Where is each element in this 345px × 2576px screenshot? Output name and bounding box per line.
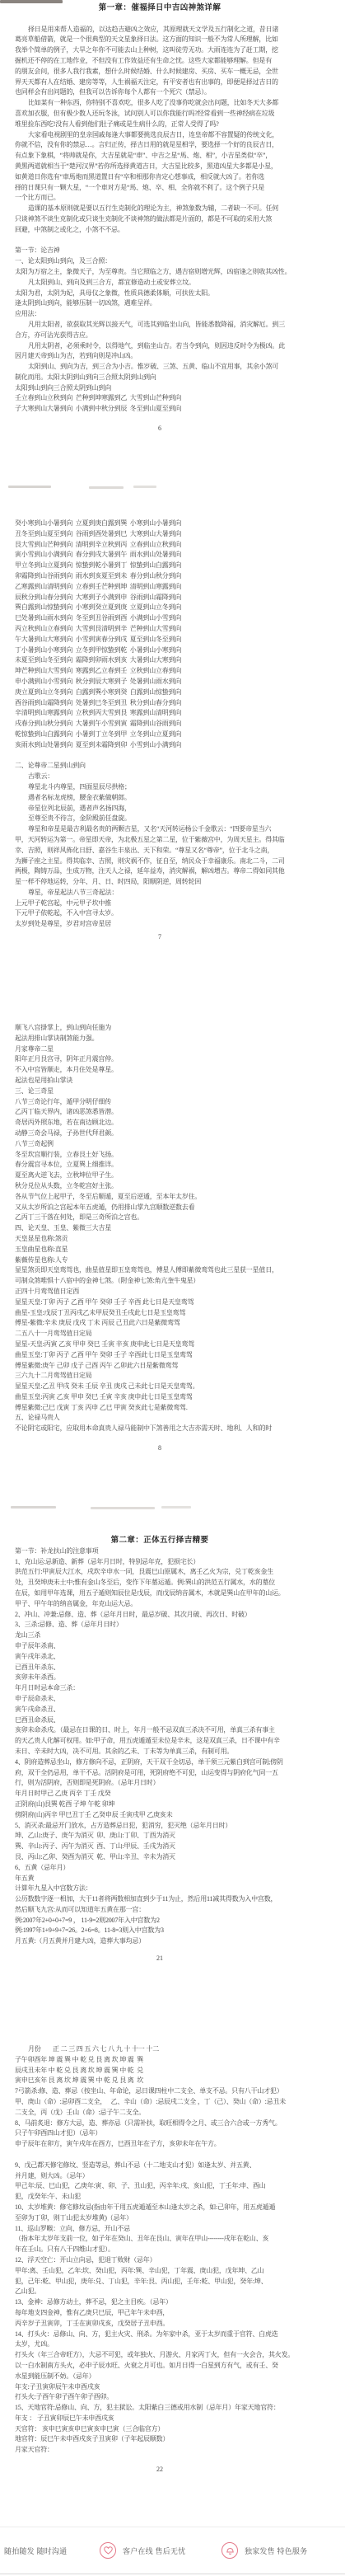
text-line: 年在壬山。只有八干四维山才犯）。 (15, 2245, 305, 2255)
text-line: 午大暑到山大寒到向 小雪到寅春分到戌 夏至到山冬至到向 (15, 635, 305, 645)
text-line: 如黄道日你选有“車馬炮而黑道置日有“卒和相那你肯定心想事成，相反就大凶了。若你选 (15, 172, 305, 183)
text-line: 遇者名标龙虎榜，腰金衣紫做朝郎。 (15, 793, 305, 804)
page-number: 6 (15, 425, 305, 432)
text-line: 凡太阳到山、到向及到三合方，都宜修造动土或安葬立坟。 (15, 278, 305, 289)
scan-page-1: 第一章：催福择日中吉凶神煞详解 择日是用来帮人造福的，以达趋吉避凶之效应，其原理… (15, 3, 305, 415)
text-line: 葛亮草船借箭，就是一个很典型的天文星象择日法。这方面的知识一般不为常人所理解，比… (15, 35, 305, 45)
text-line: 比如某有一种东西，你特别不喜欢吃，很多人吃了没事你吃就会出问题，比如冬天大多都 (15, 98, 305, 109)
text-line: 寅申巳亥年 艮 离 坎 坤 震 巽 中 乾 兑 艮 离 坎 (15, 2076, 305, 2086)
text-line: 我举个简单的例子，大旱之年你不可能去山上种树，这叫徒劳无功。大雨连连为了赶工期，… (15, 45, 305, 56)
text-line: 坤、乙山:庚子、庚午为消灭 卯、庚山:丁卯、丁酉为消灭 (15, 1831, 305, 1842)
text-line: 乾惊蛰到山白露到向 小暑到丁立冬到甲 立冬到山立夏到向 (15, 730, 305, 740)
text-line: 巽、辛山:丙子、丙午为消灭 酉、丁山:甲辰、壬戌为消灭 (15, 1842, 305, 1852)
text-line: 奇居丙外照东地，若在南边顾北边。 (15, 1118, 305, 1128)
text-line: 年支:子丑寅卯辰午未申酉戌亥 (15, 2382, 305, 2393)
text-line: 天官符： 亥申巳寅亥申巳寅亥申巳寅（三合临官方） (15, 2424, 305, 2435)
text-line: 然后顺飞九宫:从而可以知道年五黄在那一宫： (15, 1905, 305, 1916)
text-line: 9、戊己都天修宅修坟、竖造等忌，葬山不忌（十二地支山才犯）如逢太岁、并五黄、 (15, 2161, 305, 2171)
text-line: 玉皇曲星也称:直星 (15, 1245, 305, 1255)
page-number: 22 (15, 2466, 305, 2473)
text-line: 曲星-玉皇:戊辰丁丑丙戌乙未甲辰癸丑壬戌此七日是玉皇鸾驾 (15, 1308, 305, 1319)
text-line: 在辰，如用甲年选课，用五子遁则知辰位是戊辰，而戊辰纳音属木，木就是巽山在甲年的山… (15, 1588, 305, 1599)
text-line: 甲己年:辰、巳山犯，乙庚年:寅、卯、子、丑山犯，丙辛年:戌、亥山犯，丁壬年:申、… (15, 2181, 305, 2192)
text-line: 龙山三杀 (15, 1631, 305, 1641)
text-line: 月份 正 二 三 四 五 六 七 八 九 十 十一 十二 (15, 2044, 305, 2055)
scan-artifact (91, 1507, 155, 1509)
text-line: 计算年九星入中宫数方法： (15, 1884, 305, 1894)
bell-icon (221, 2542, 238, 2559)
text-line: 至尊至贵不待言，金阶殿前任盘旋。 (15, 814, 305, 824)
text-line: 丁小暑到山小寒到向 立冬到甲惊蛰到乾 小暑到山小寒到向 (15, 645, 305, 656)
text-line: 显星天皇:乙丑 甲戌 癸未 壬辰 辛丑 庚戌 己未此七日是天皇鸾驾。 (15, 1382, 305, 1392)
text-line: 艮大雪到山芒种到向 清明到辛立秋到丙 立春到山立秋到向 (15, 540, 305, 551)
text-line: 八节三奇起例 (15, 1139, 305, 1150)
text-line: 尊星，帝星起法八节三奇起法： (15, 888, 305, 899)
text-line: 巳处暑到山雨水到向 冬至到丑谷雨到酉 小满到山小雪到向 (15, 613, 305, 624)
text-line: 三六九十二月鸾驾值日定局 (15, 1371, 305, 1382)
text-line: 已酉丑年杀东、 (15, 1663, 305, 1673)
text-line: 巽白露到山惊蛰到向 小寒到癸立夏到庚 立夏到山立冬到向 (15, 603, 305, 613)
text-line: 至卯为丁卯，则丁山犯太岁堆黄)（忌年） (15, 2213, 305, 2224)
service-item-support: 客户在线 售后无忧 (100, 2527, 185, 2574)
text-line: 凡用太阴者，必须乘时令，以得地气，到临坐山吉。若当令到向，则因违反时令为极凶。此 (15, 341, 305, 352)
text-line: 12、浮天空亡：开山立向忌，犯退丁败财（忌年） (15, 2255, 305, 2266)
text-line: 年月日时忌本命三杀： (15, 1683, 305, 1694)
text-line: 年月日时甲己 乙庚 丙辛 丁壬 戊癸 (15, 1789, 305, 1799)
text-line: 喜欢加衣服，但有极少数人还玩冬泳，试问别人可以你我能行吗?经常看到一些神经病在垃… (15, 109, 305, 120)
scan-artifact (89, 486, 124, 489)
chapter-title: 第一章：催福择日中吉凶神煞详解 (15, 3, 305, 14)
text-line: 壬立春到山立秋到向 芒种到坤寒露到乙 大雪到山芒种到向 (15, 393, 305, 404)
text-line: 因月建天帝到山为吉，若到向则是冲山凶。 (15, 351, 305, 362)
text-line: 太岁到处是尊星，岁君对宫帝星居 (15, 919, 305, 930)
text-line: 甲立冬到山立夏到向 惊蛰到乾小暑到丁 惊蛰到山白露到向 (15, 561, 305, 571)
text-line: 掘机还不停的在工地作业，不但没有工作效益还有生命之忧。这些大家都能够理解。但是有 (15, 56, 305, 67)
text-line: 艮、丙山:乙卯、癸酉为消灭 乾、甲山:辛丑、辛未为消灭 (15, 1852, 305, 1863)
text-line: 月家天官符： (15, 2445, 305, 2456)
text-line: 二五八十一月鸾驾值日定局 (15, 1329, 305, 1340)
text-line (15, 2150, 305, 2161)
text-line: 行，则为活阴府，否则即是死阴府。（忌年月日时） (15, 1778, 305, 1789)
text-line: 7弓箭杀:修、造、葬忌（按坐山、年命论，忌日课四柱中二支全、单支不忌。只有八干山… (15, 2086, 305, 2097)
text-line: 三、论三奇星 (15, 1086, 305, 1097)
text-line: 亥雨水到山处暑到向 夏至到未霜降到卯 小雪到山小满到向 (15, 740, 305, 751)
text-line (15, 14, 305, 25)
text-line: 子午卯酉年 坤 震 巽 中 乾 兑 艮 离 坎 坤 震 巽 (15, 2055, 305, 2066)
scan-page-4: 第二章：正体五行择吉精要第一节：补龙扶山的注意事项1、克山运:忌新造、新葬（忌年… (15, 1536, 305, 1947)
text-line: 未夏至到山冬至到向 霜降到卯雨水到亥 大暑到山大寒到向 (15, 655, 305, 666)
text-line: 只谈神煞不谈生克制化或只谈生克制化不谈神煞的做法都是片面的，都是不可取的采用大煞 (15, 214, 305, 225)
text-line: 有点象下象棋，“将帅就是你，大吉星就是“車”、中吉之星“馬、炮、相”，小吉星类似… (15, 151, 305, 162)
text-line: 傅星-紫微:辛未 庚辰 戊戌 丁未 丙辰 己丑此六日是紫微鸾驾 (15, 1318, 305, 1329)
text-line: 的朋友会问，很多人我行我素，想什么时候结婚、什么时候建房、买房、买车一概无忌，全… (15, 67, 305, 77)
text-line: 太阳到山、到向为吉，到三合为小吉。惟岁破、三煞、五黄、临山不宜用事，其余小煞可 (15, 362, 305, 373)
scan-artifact (11, 1506, 56, 1509)
text-line: 月五黄:（月五黄并月建大凶，造葬大事均忌） (15, 1936, 305, 1947)
text-line: 每年地支四金神，惟有乙庚只巳辰，甲己年午未申酉， (15, 2308, 305, 2319)
text-line: 幸、吉照，则祥风佈化日舒、嘉谷生丰泉出、天下和荣。“尊星又名“尊帝”，位于北斗之… (15, 846, 305, 856)
text-line: 正四十月鸾驾值日定西 (15, 1287, 305, 1297)
text-line: 丑冬至到山夏至到向 谷雨到酉处暑到巳 大寒到山大暑到向 (15, 529, 305, 540)
text-line: 第一节：论吉神 (15, 246, 305, 256)
text-line: 并月建，则大凶。（忌年） (15, 2171, 305, 2182)
text-line: 申子辰命杀未、 (15, 1694, 305, 1705)
text-line: 亥卯未命杀戌。（最忌在日课的日、时上，年月一般不忌双真三杀决不可用，单真三杀有事… (15, 1725, 305, 1736)
text-line: 你就不信，没有你的禁忌…。言归正传，择吉日用的就是星相学，要选择一个好的良辰吉日… (15, 140, 305, 151)
text-line: 甲子、甲午年的纳音属金，年克山运大忌。 (15, 1599, 305, 1610)
text-line: 寅小雪到山小满到向 春分到戌大暑到午 雨水到山处暑到向 (15, 550, 305, 561)
text-line: 界天天都有人在结婚、建房等等，人生祸福天注定，有平安者也有出事的，即便是择过吉日… (15, 77, 305, 88)
text-line: 不论阴宅或阳宅，应取用本命真贵人禄马能制中下煞善用之大吉亦需天时、地利、人和的时 (15, 1424, 305, 1434)
scan-page-3: 顺飞八宫掛掌上，到山到向任施为起法用排山掌诀制煞能力强。月家尊帝二星阳年正月艮宫… (15, 1023, 305, 1434)
text-line: 傍阴府(山)丙辛 甲巳丑丁壬 乙癸申辰 壬寅戌甲 乙庚亥未 (15, 1810, 305, 1821)
text-line: 黄黑两道就相当于“楚河汉界”若你所选择黄道吉日，大吉星比较多，黑道凶星大多都是小… (15, 162, 305, 172)
text-line: 下元甲子依乾起，不入中宫寻太岁。 (15, 908, 305, 919)
text-line: 星一样不停地运转，分年、月、日、时四局，阳顺阴逆，周转轮回 (15, 877, 305, 888)
text-line: 辰戌丑未年 中 乾 兑 艮 离 坎 坤 震 巽 中 乾 兑 (15, 2066, 305, 2076)
text-line: 申子辰年在卯方，寅午戌年在酉方，巳酉丑年在子方，亥卯未年在午方。 (15, 2139, 305, 2150)
page-number: 7 (15, 933, 305, 941)
service-label: 独家发售 特色服务 (245, 2546, 307, 2556)
text-line: 一、论太阳到山到向，及三合照： (15, 256, 305, 267)
text-line: 第一节：补龙扶山的注意事项 (15, 1546, 305, 1557)
text-line: 择日是用来帮人造福的，以达趋吉避凶之效应，其原理就天文学及五行制化之道，昔日诸 (15, 25, 305, 35)
text-line: 寅午戌年杀北、 (15, 1652, 305, 1663)
text-line: 太岁，尤凶。 (15, 2339, 305, 2350)
text-line: 6、五黄（忌年月） (15, 1863, 305, 1874)
text-line: 未日、辛未时大凶，决不可用。其余的乙未、丁未等为单真三杀，有制可用。 (15, 1747, 305, 1757)
text-line: 申子辰年杀南、 (15, 1641, 305, 1652)
scan-artifact (8, 486, 51, 488)
text-line: 春分震宫寻本位，立夏巽上细推详。 (15, 1160, 305, 1171)
text-line: 犯，己年:乾、甲山犯，庚年:兑、丁山犯，辛年:艮、丙山犯，壬年:乾、甲山犯，癸年… (15, 2277, 305, 2287)
service-item-exclusive: 独家发售 特色服务 (221, 2527, 307, 2574)
text-line: 坤芒种到山大雪到向 寒露到乙立春到壬 立秋到山立春到向 (15, 666, 305, 677)
text-line: 傅星紫微:己巳 戊寅 丁亥 丙申 乙巳 甲寅 癸亥此七是紫微鸾驾. (15, 1403, 305, 1414)
text-line: 为狮子座之主星。得其临幸、吉照，则灾祸不作，征自至，纳民众于幸福康乐。南北二斗，… (15, 856, 305, 867)
text-line: 辛清明到山寒露到向 立秋到丙大雪到艮 寒露到山清明到向 (15, 708, 305, 719)
text-line: 曲星玉皇:丁卯 丙子 乙酉 甲午 癸卯 壬子 辛酉此七日是玉皇鸾驾 (15, 1350, 305, 1361)
text-line: 起法用排山掌诀制煞能力强。 (15, 1034, 305, 1044)
text-line: 曲星玉皇:丙寅 乙亥 甲申 癸巳 壬寅 辛亥 庚申此七日是玉皇鸾驾 (15, 1392, 305, 1403)
text-line: 只子午卯酉四山才犯）（忌年） (15, 2128, 305, 2139)
text-line: 大家看电视剧里的皇亲国戚每逢大事都要挑选良辰吉日，连皇帝都不容置疑的传统文化， (15, 130, 305, 141)
text-line: 回避，中煞制之或化之，小煞不不忌。 (15, 225, 305, 236)
text-line: 四、论天皇、玉皇、紫微三大吉星 (15, 1223, 305, 1234)
text-line: 子大寒到山大暑到向 小满到中秋分到辰 冬至到山夏至到向 (15, 404, 305, 415)
text-line: 处，丑癸坤庚未土中;惟有金山冬至后，变作下年墓运遁。例:巽山的洪范五行属水，水的… (15, 1578, 305, 1588)
text-line: 阳年正月艮宫寻，阴年正月震宫停。 (15, 1054, 305, 1065)
text-line: 例:2007年2+0+0+7=9 ， 11-9=2则2007年入中宫数为2 (15, 1916, 305, 1926)
text-line: （指本年太岁年支前一位，如子年在癸山、丑年在艮山、寅年在甲山--------戌年… (15, 2234, 305, 2245)
text-line: 戌春分到山秋分到向 大暑到午小雪到寅 霜降到山谷雨到向 (15, 719, 305, 730)
service-label: 随拍随发 随时沟通 (4, 2546, 67, 2556)
text-line: 尊星北斗内尊星，四面星辰尽拱格； (15, 782, 305, 793)
text-line: 寅午戌命杀丑、 (15, 1705, 305, 1715)
text-line: 8、马前炙退：修方大忌，造、葬亦忌（只需补扶，取旺相得令之月、或三合六合或一方秀… (15, 2119, 305, 2129)
text-line: 也同样会有出问题的，但我可以告诉你每个人都有一个死穴（禁忌）。 (15, 87, 305, 98)
text-line: 天皇显星也称:煞贡 (15, 1234, 305, 1245)
text-line: 各从节气位上起甲子，冬至后顺遁，夏至后逆遁，至本年太岁住。 (15, 1192, 305, 1203)
text-line: 亥卯未年杀西。 (15, 1673, 305, 1683)
text-line: 二支全，丙（戊）壬山（命）:忌子午二支全。 (15, 2108, 305, 2119)
text-line: 甲、庚山（命）:忌卯酉二支全， 乙、辛山（命）:忌辰戌二支全 ，丁（己）、癸山（… (15, 2097, 305, 2108)
text-line: 甲，天河转运为第一。帝星即天帝，为北极五星之第二星，位于紫薇宫中，为周天星主。得… (15, 835, 305, 846)
text-line: 15、天地官符:忌修山、向、方，犯主狱讼。太阳紫白三德或用水制（忌年月）年家天地… (15, 2403, 305, 2414)
text-line: 犯，戊癸年:午、未山犯 (15, 2192, 305, 2203)
service-item-shipping: 随拍随发 随时沟通 (4, 2527, 67, 2574)
text-line (15, 751, 305, 762)
text-line: 府，双干全仍忌用，单干不忌。活阴府是可用，死阴府绝不可犯，山运变得与阴府化气同一… (15, 1768, 305, 1779)
text-line: 逢太阴到山到向，能够压制一切凶煞，遇难呈祥。 (15, 298, 305, 309)
text-line: 洪范五行:甲寅辰大江水，戌坎辛申水一同，艮震巳山原属木，离壬乙火为宗，兑丁乾亥金… (15, 1567, 305, 1578)
text-line: 申小满到山小雪到向 秋分到辰大寒到子 处暑到山雨水到向 (15, 677, 305, 687)
text-line: 10、太岁堆黄：修宅修坟忌(指由年干用五虎遁遁至本山逢太岁之杀，如:己卯年，用五… (15, 2203, 305, 2213)
text-line: 公历数数字逐一相加，大于11者将两数相加直到少于11为止，然后用11减其得数为入… (15, 1894, 305, 1905)
scan-artifact (0, 0, 63, 3)
text-line: 秋分兑位从头数，立冬乾宫好主张。 (15, 1181, 305, 1192)
text-line: 合方，亦可沾光获得吉应。 (15, 331, 305, 341)
text-line: 应用法： (15, 309, 305, 320)
text-line: 两极，陶铸万品，生成万物，注天人之禄，延年益寿，消灾解祸，解凶增吉。尊帝二得如同… (15, 866, 305, 877)
text-line: 1、克山运:忌新造、新葬（忌年月日时，特别忌年克，犯损宅长） (15, 1557, 305, 1568)
text-line: 太阳为君，太阴为妃，具母仪之象微，性质具德柔体顺，可扶佐太阳。 (15, 289, 305, 299)
text-line: 起法也是用拍山掌诀 (15, 1076, 305, 1086)
text-line (15, 236, 305, 246)
text-line: 丙辛岁子丑寅卯，丁壬在寅卯戌亥，戊癸居子丑申酉。 (15, 2319, 305, 2330)
text-line: 又从太岁所泊之宫起本年五虎遁，仍用排山掌九宫顺数逆数去看 (15, 1203, 305, 1213)
text-line: 帝星位列北辰前，遇者声名扬四海， (15, 804, 305, 814)
text-line: 打头火:子酉午卯子酉午卯子酉卯。 (15, 2392, 305, 2403)
text-line: 甲年:离、壬山犯，乙年:坎、癸山犯，丙年:巽、辛山犯，丁年震、庚山犯，戊年坤、乙… (15, 2266, 305, 2277)
text-line: 13、金神：忌修方动土，葬不忌，犯之主目疾。（忌年） (15, 2297, 305, 2308)
text-line: 正阴府(山)艮巽 乾酉 子坤 午乾 卯坤 (15, 1799, 305, 1810)
text-line: 乙山犯。 (15, 2287, 305, 2297)
page-number: 21 (15, 1954, 305, 1962)
text-line: 4、阴府造葬忌坐山，修方修向不忌，正阴府，天干双干全切忌，单干须三元紫白到宫可制… (15, 1757, 305, 1768)
text-line: 二、论尊帝二星到山到向 (15, 761, 305, 772)
text-line: 丙立秋到山立春到向 大雪到艮清明到辛 芒种到山大雪到向 (15, 624, 305, 635)
text-line: 不入中宫皆顺走，本月住处是尊星。 (15, 1065, 305, 1076)
text-line: 傅星紫微:庚午 己卯 戊子 己酉 丙午 乙卯此六日是紫微鸾驾 (15, 1361, 305, 1372)
text-line: 辰秋分到山春分到向 大寒到子小满到申 谷雨到山霜降到向 (15, 593, 305, 603)
text-line: 上元甲子乾宫起，中元甲子坎中推 (15, 899, 305, 909)
text-line: 例:1997年1+9+9+7=26。2+6=8。11-8=3则入中宫数为3 (15, 1926, 305, 1936)
text-line: 月家尊帝二星 (15, 1044, 305, 1055)
text-line: 打头火（年三合帝旺方），大忌不可犯，或年独火、月游火、月家丙丁火，但有一火会合，… (15, 2350, 305, 2361)
text-line: 显星煞贡即天皇鸾驾也，曲星值星即玉皇鸾驾也，傅星人傅即紫微鸾驾也此三星获一星值日… (15, 1265, 305, 1276)
text-line: 乙丙丁三干落在何处，即是三奇所泊之宫也。 (15, 1213, 305, 1223)
text-line: 夏至离火逆飞去，立秋坤位甲子生。 (15, 1171, 305, 1181)
chapter-title: 第二章：正体五行择吉精要 (15, 1536, 305, 1546)
text-line: 尊星和帝星是最吉利最名贵的两颗吉星，又名“天河转运杨公千金歌云：“四要帝星当六 (15, 824, 305, 835)
text-line: 地官符：辰巳午未申酉戌亥子丑寅卯（子年起辰顺数） (15, 2434, 305, 2445)
scan-artifact (133, 486, 156, 488)
screenshot-canvas: 第一章：催福择日中吉凶神煞详解 择日是用来帮人造福的，以达趋吉避凶之效应，其原理… (0, 0, 345, 2576)
text-line: 古歌云： (15, 772, 305, 782)
text-line: 五、论禄马贵人 (15, 1413, 305, 1424)
scan-artifact (161, 1506, 191, 1509)
scan-page-5: 月份 正 二 三 四 五 六 七 八 九 十 十一 十二子午卯酉年 坤 震 巽 … (15, 2044, 305, 2456)
text-line: 5、消灭杀:最忌开门放水，占方造葬忌日犯，犯消穷，犯灭绝（忌年月日时） (15, 1821, 305, 1832)
text-line: 凡用太阳者，欲获取其光辉以接天气，可选其到临坐山向，皆能悉数降福，消灾解厄。到三 (15, 320, 305, 331)
heart-icon (100, 2542, 116, 2559)
text-line: 堆里捡东西吃!没有人看到他们肚子痛或是生病什么的，正常人受得了吗? (15, 120, 305, 130)
text-line: 14、打头火：忌修山、向、方，犯主火灾、刑杀。为年家中杀，亚于太岁而重于官符、白… (15, 2330, 305, 2340)
text-line: 动静三奇会马禄，子孙世代拜君颜。 (15, 1128, 305, 1139)
text-line: 显星天皇:丁卯 丙子 乙酉 甲午 癸卯 壬子 辛酉 此七日是天皇鸾驾 (15, 1297, 305, 1308)
text-line: 癸小寒到山小暑到向 立夏到庚白露到巽 小寒到山小暑到向 (15, 518, 305, 529)
text-line: 顺飞八宫掛掌上，到山到向任施为 (15, 1023, 305, 1034)
service-label: 客户在线 售后无忧 (123, 2546, 185, 2556)
text-line: 3、三杀:忌修、造、葬（忌年月日时） (15, 1620, 305, 1631)
text-line: 可制众煞唯惧十八宿中的金神七煞。（附金神七煞:角亢奎牛鬼星） (15, 1276, 305, 1287)
text-line: 11、巡山罗睺：立向、修方忌，开山不忌 (15, 2224, 305, 2235)
text-line: 卯霜降到山谷雨到向 雨水到亥夏至到未 春分到山秋分到向 (15, 571, 305, 582)
text-line: 紫薇传星也称:人专 (15, 1255, 305, 1266)
text-line: 2、冲山、冲兼:忌修、造、葬（忌年月日时，最忌岁破、其次月破、再次日、时破） (15, 1610, 305, 1621)
text-line: 太阳到山到向三合照太阴到山到向 (15, 383, 305, 394)
text-line: 以一白水制南方头火，必申子辰水旺、火衰之月可也。如月日得一白星到方有气，或有壬、… (15, 2361, 305, 2372)
text-line: 太阳为万宿之主，象微天子，为至尊贵。当它照临之方，遇吉宿则增光辉，凶宿逢之则收其… (15, 267, 305, 278)
text-line: 制化而用。太阳太阴到山到向三合照太阴到山到向 (15, 373, 305, 383)
text-line: 年五黄 (15, 1874, 305, 1884)
text-line: 一个比方而已。 (15, 193, 305, 204)
text-line: 乙丙丁临天界内，诸凶恶煞悉皆潜。 (15, 1107, 305, 1118)
text-line: 冬至坎宫顺行装，立春艮土好飞扬。 (15, 1150, 305, 1161)
text-line: 八节三奇论行年，遁甲分明仔细传 (15, 1097, 305, 1108)
text-line: 乙寒露到山清明到向 立春到壬芒种到坤 清明到山寒露到向 (15, 582, 305, 593)
text-line: 水星到能压制不妨。（忌年） (15, 2372, 305, 2382)
page-number: 8 (15, 1444, 305, 1452)
text-line: 择的日课只有一颗大星，“一个車对方是“馬、炮、卒、相、全你就不利了。这个例子只是 (15, 183, 305, 194)
text-line: 造课的基本原则就是要以五行生克制化的理论为主，神煞象数为辅，二者缺一不可。任何 (15, 204, 305, 214)
text-line: 巳酉丑命杀辰、 (15, 1715, 305, 1726)
text-line: 酉谷雨到山霜降到向 处暑到巳冬至到丑 秋分到山春分到向 (15, 698, 305, 709)
scan-page-2: 癸小寒到山小暑到向 立夏到庚白露到巽 小寒到山小暑到向丑冬至到山夏至到向 谷雨到… (15, 518, 305, 930)
text-line: 庚立夏到山立冬到向 白露到巽小寒到癸 白露到山惊蛰到向 (15, 687, 305, 698)
text-line: 显星-天皇:丙寅 乙亥 甲申 癸巳 壬寅 辛亥 庚申此七日是天皇鸾驾 (15, 1340, 305, 1350)
service-footer-bar: 随拍随发 随时沟通 客户在线 售后无忧 独家发售 特色服务 (0, 2527, 345, 2574)
text-line: 的天乙贵人化解可权用。如:甲子命，用五虎遁遁至未位是辛未，这是双真三杀，日不课中… (15, 1736, 305, 1747)
text-line: 年支 ： 子丑寅卯辰巳午未申酉戌亥 (15, 2414, 305, 2424)
